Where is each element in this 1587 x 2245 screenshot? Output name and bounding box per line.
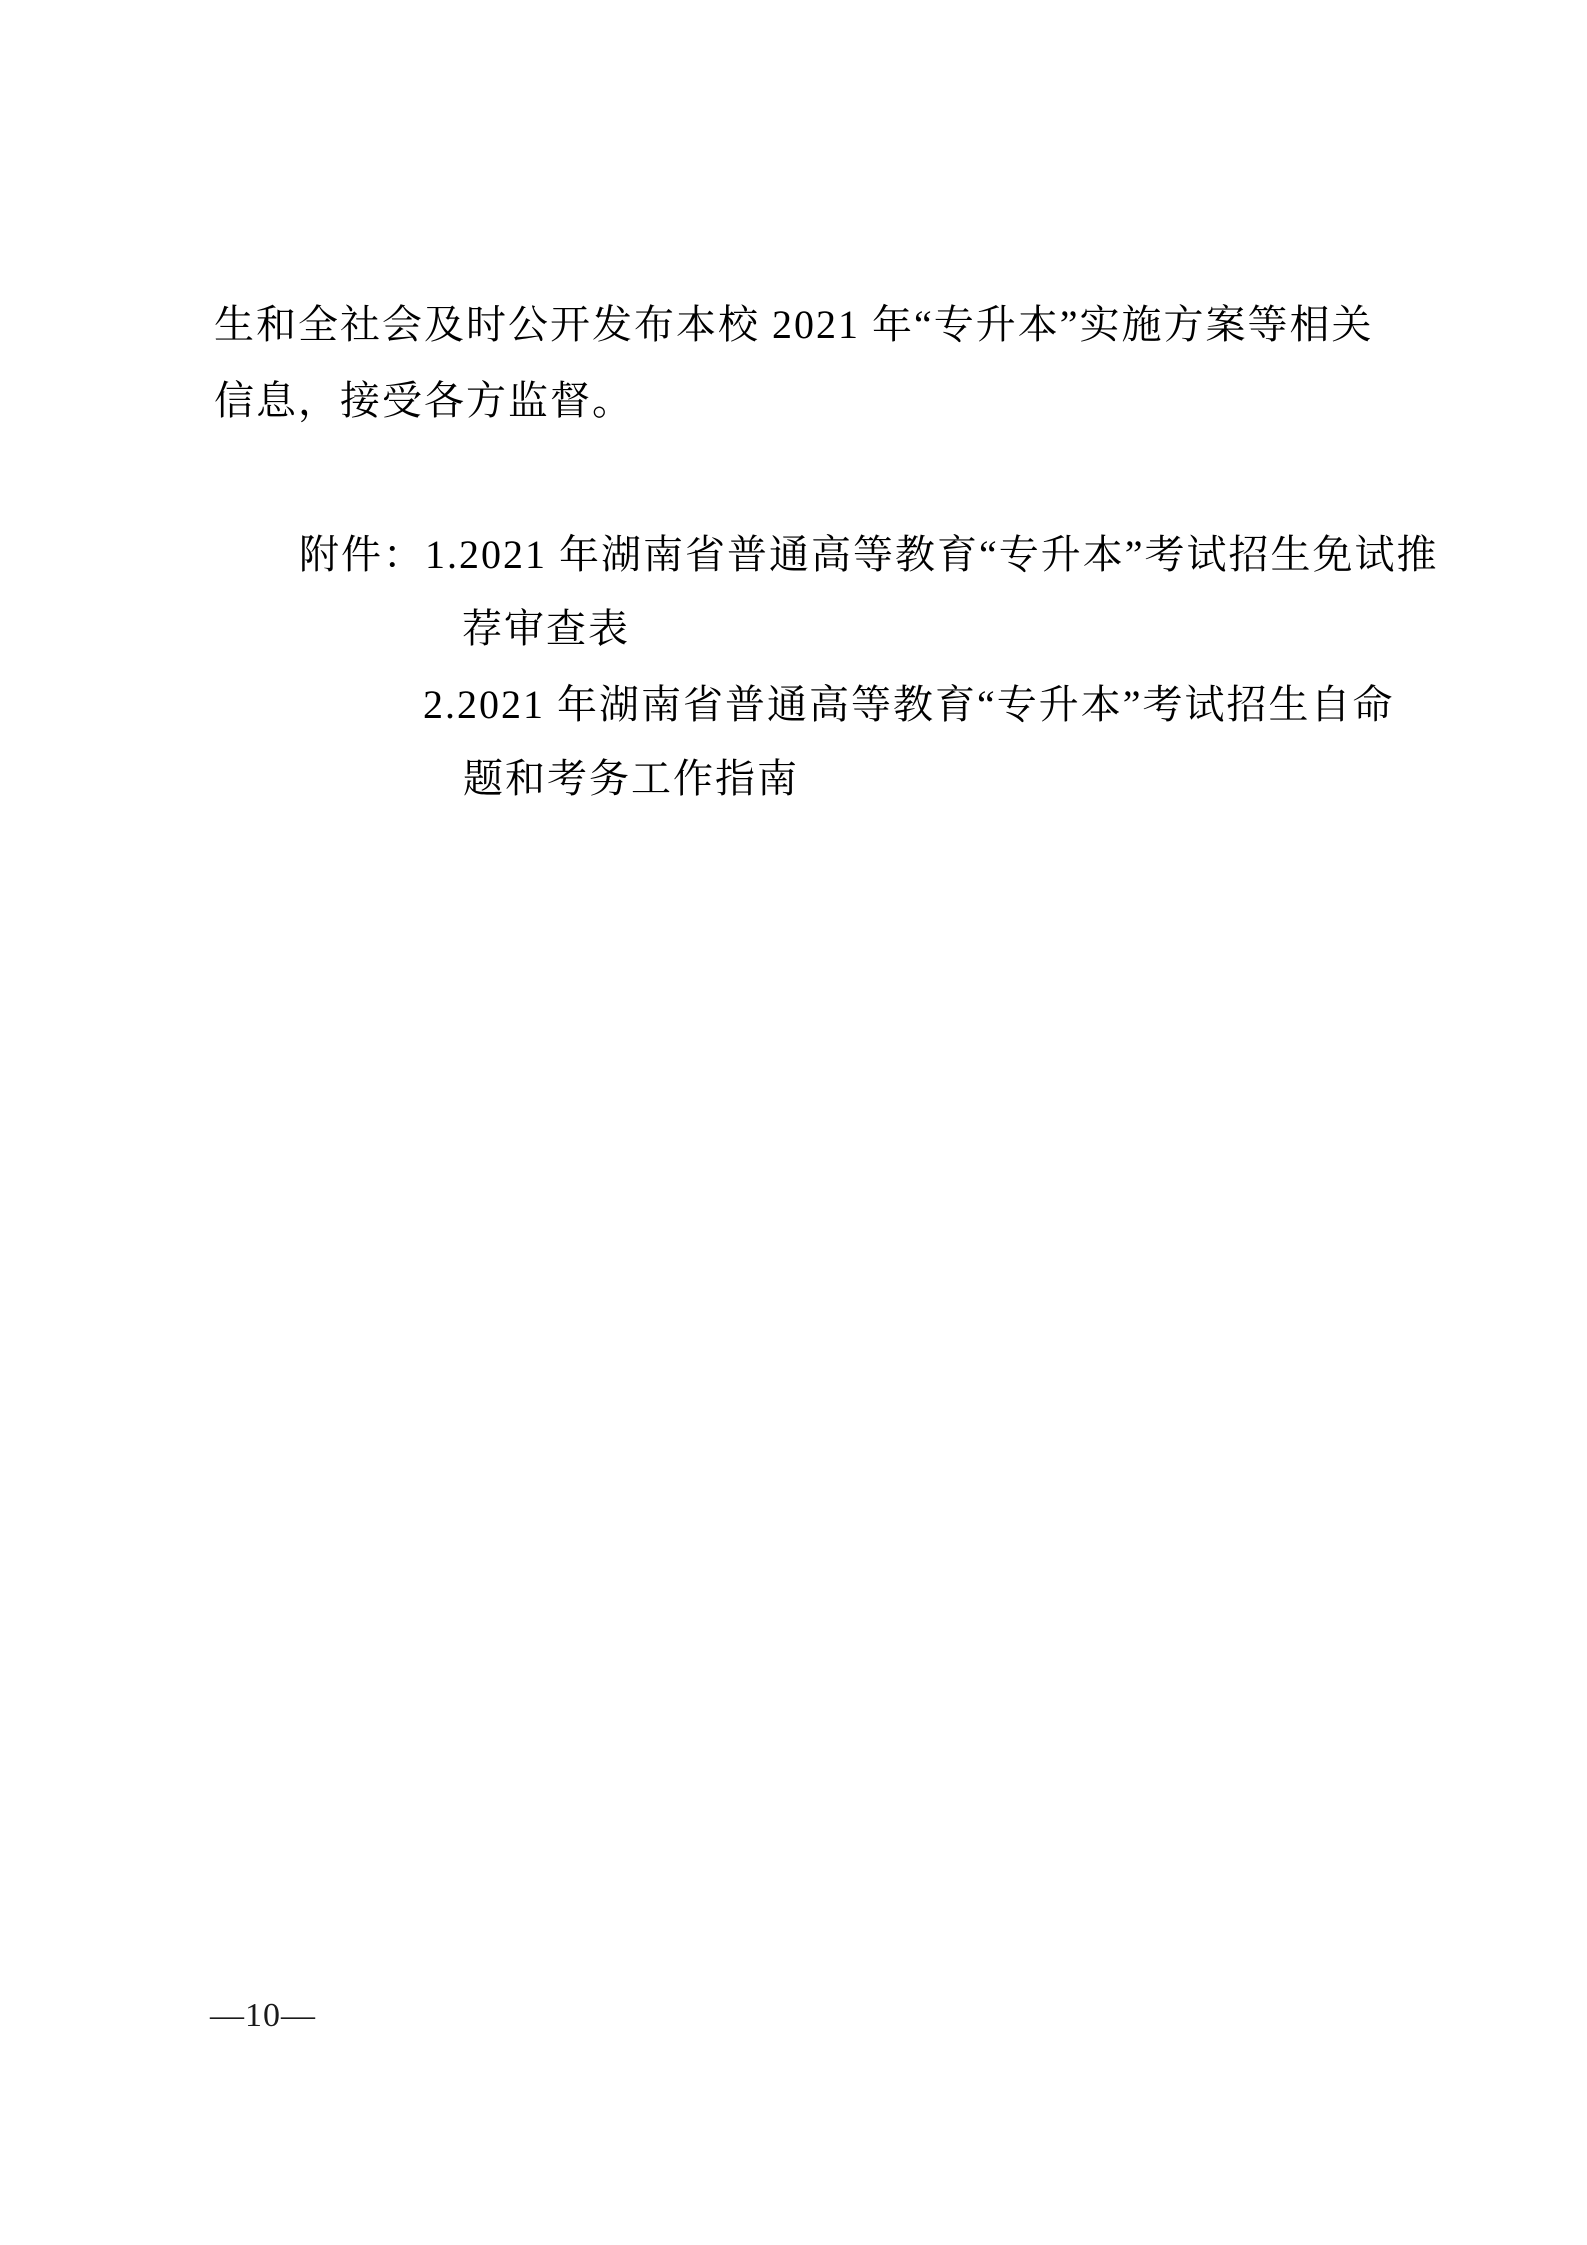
- attachment-item-2-line-1: 2.2021 年湖南省普通高等教育“专升本”考试招生自命: [423, 684, 1395, 726]
- attachment-label: 附件：: [299, 534, 425, 576]
- attachment-item-1-line-1: 1.2021 年湖南省普通高等教育“专升本”考试招生免试推: [425, 534, 1439, 576]
- document-page: 生和全社会及时公开发布本校 2021 年“专升本”实施方案等相关 信息，接受各方…: [0, 0, 1587, 2245]
- attachment-item-1-line-2: 荐审查表: [462, 608, 630, 650]
- body-paragraph-line-1: 生和全社会及时公开发布本校 2021 年“专升本”实施方案等相关: [214, 304, 1374, 346]
- attachment-line-1: 附件：1.2021 年湖南省普通高等教育“专升本”考试招生免试推: [299, 534, 1439, 576]
- body-paragraph-line-2: 信息，接受各方监督。: [214, 380, 634, 422]
- attachment-item-2-line-2: 题和考务工作指南: [463, 758, 799, 800]
- page-number: —10—: [210, 1998, 316, 2034]
